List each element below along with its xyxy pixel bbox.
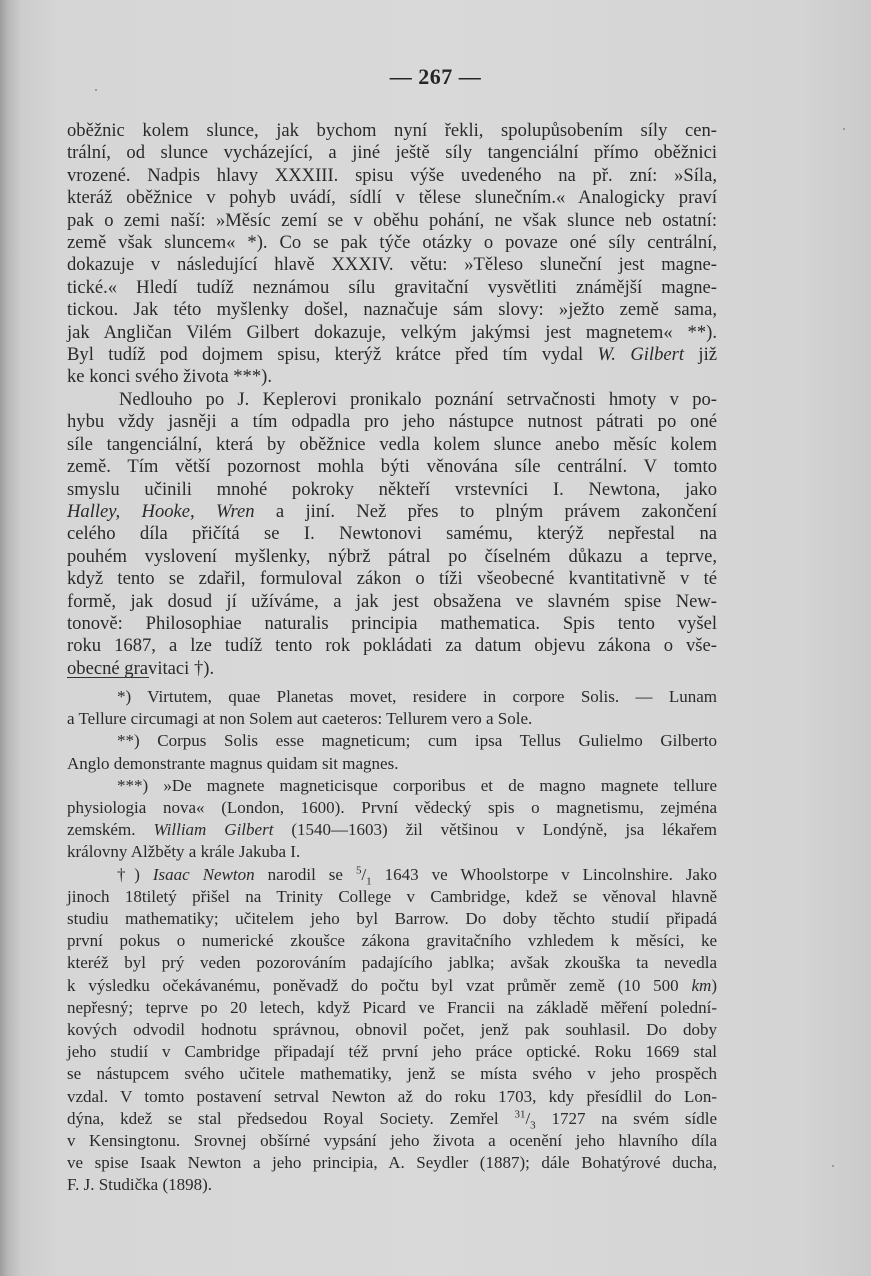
paper-speck <box>843 128 845 130</box>
footnote-line: ve spise Isaak Newton a jeho principia, … <box>67 1152 717 1174</box>
text-line: trální, od slunce vycházející, a jiné je… <box>67 142 717 164</box>
footnote-line: kteréž byl prý veden pozorováním padajíc… <box>67 952 717 974</box>
text-run: †) <box>117 865 153 884</box>
text-run: dýna, kdež se stal předsedou Royal Socie… <box>67 1109 514 1128</box>
italic-name: W. Gilbert <box>598 344 685 365</box>
text-run: zemském. <box>67 820 153 839</box>
text-line: Nedlouho po J. Keplerovi pronikalo pozná… <box>67 389 717 411</box>
text-line: země. Tím větší pozornost mohla býti věn… <box>67 456 717 478</box>
footnote-line: první pokus o numerické zkoušce zákona g… <box>67 930 717 952</box>
footnote-line: nepřesný; teprve po 20 letech, když Pica… <box>67 997 717 1019</box>
paper-speck <box>832 1165 834 1167</box>
footnote-line: dýna, kdež se stal předsedou Royal Socie… <box>67 1108 717 1130</box>
footnote-separator <box>67 677 149 678</box>
text-run: ) <box>711 976 717 995</box>
footnote-line: a Tellure circumagi at non Solem aut cae… <box>67 708 717 730</box>
footnote-line: kových odvodil hodnotu správnou, obnovil… <box>67 1019 717 1041</box>
text-line: obecné gravitaci †). <box>67 658 717 680</box>
text-line: jak Angličan Vilém Gilbert dokazuje, vel… <box>67 322 717 344</box>
text-line: tickou. Jak této myšlenky došel, naznaču… <box>67 299 717 321</box>
text-run: již <box>684 344 717 365</box>
text-line: pak o zemi naší: »Měsíc zemí se v oběhu … <box>67 210 717 232</box>
footnote-line: ***) »De magnete magneticisque corporibu… <box>67 775 717 797</box>
text-line: když tento se zdařil, formuloval zákon o… <box>67 568 717 590</box>
text-line: tické.« Hledí tudíž neznámou sílu gravit… <box>67 277 717 299</box>
footnote-line: †) Isaac Newton narodil se 5/1 1643 ve W… <box>67 864 717 886</box>
text-line: ke konci svého života ***). <box>67 366 717 388</box>
text-line: kteráž oběžnice v pohyb uvádí, sídlí v t… <box>67 187 717 209</box>
text-line: oběžnic kolem slunce, jak bychom nyní ře… <box>67 120 717 142</box>
date-fraction-numerator: 5 <box>356 864 362 876</box>
text-run: 1643 ve Whoolstorpe v Lincolnshire. Jako <box>372 865 717 884</box>
footnote-line: v Kensingtonu. Srovnej obšírné vypsání j… <box>67 1130 717 1152</box>
text-line: vrozené. Nadpis hlavy XXXIII. spisu výše… <box>67 165 717 187</box>
text-line: země však sluncem« *). Co se pak týče ot… <box>67 232 717 254</box>
text-line: smyslu učinili mnohé pokroky někteří vrs… <box>67 479 717 501</box>
footnote-line: studiu mathematiky; učitelem jeho byl Ba… <box>67 908 717 930</box>
footnote-line: se nástupcem svého učitele mathematiky, … <box>67 1063 717 1085</box>
footnote-line: *) Virtutem, quae Planetas movet, reside… <box>67 686 717 708</box>
page-number: — 267 — <box>0 64 871 90</box>
main-text: oběžnic kolem slunce, jak bychom nyní ře… <box>67 120 717 680</box>
text-line: tonově: Philosophiae naturalis principia… <box>67 613 717 635</box>
text-run: a jiní. Než přes to plným právem zakonče… <box>255 501 717 522</box>
footnote-line: jinoch 18tiletý přišel na Trinity Colleg… <box>67 886 717 908</box>
text-line: formě, jak dosud jí užíváme, a jak jest … <box>67 591 717 613</box>
italic-names: Halley, Hooke, Wren <box>67 501 255 522</box>
text-run: narodil se <box>255 865 356 884</box>
italic-unit: km <box>692 976 712 995</box>
text-run: Byl tudíž pod dojmem spisu, kterýž krátc… <box>67 344 598 365</box>
text-line: Halley, Hooke, Wren a jiní. Než přes to … <box>67 501 717 523</box>
text-line: celého díla přičítá se I. Newtonovi samé… <box>67 523 717 545</box>
text-run: k výsledku očekávanému, poněvadž do počt… <box>67 976 692 995</box>
footnote-line: k výsledku očekávanému, poněvadž do počt… <box>67 975 717 997</box>
date-fraction-numerator: 31 <box>514 1108 525 1120</box>
italic-name: William Gilbert <box>153 820 273 839</box>
footnote-line: Anglo demonstrante magnus quidam sit mag… <box>67 753 717 775</box>
footnote-line: **) Corpus Solis esse magneticum; cum ip… <box>67 730 717 752</box>
text-run: (1540—1603) žil většinou v Londýně, jsa … <box>273 820 717 839</box>
text-line: pouhém vyslovení myšlenky, nýbrž pátral … <box>67 546 717 568</box>
footnote-line: vzdal. V tomto postavení setrval Newton … <box>67 1086 717 1108</box>
text-line: Byl tudíž pod dojmem spisu, kterýž krátc… <box>67 344 717 366</box>
text-line: síle tangenciální, která by oběžnice ved… <box>67 434 717 456</box>
text-run: 1727 na svém sídle <box>536 1109 717 1128</box>
text-line: hybu vždy jasněji a tím odpadla pro jeho… <box>67 411 717 433</box>
footnotes: *) Virtutem, quae Planetas movet, reside… <box>67 686 717 1197</box>
footnote-line: jeho studií v Cambridge připadají též pr… <box>67 1041 717 1063</box>
footnote-line: zemském. William Gilbert (1540—1603) žil… <box>67 819 717 841</box>
text-line: roku 1687, a lze tudíž tento rok pokláda… <box>67 635 717 657</box>
footnote-line: královny Alžběty a krále Jakuba I. <box>67 841 717 863</box>
paper-speck <box>95 89 97 91</box>
text-line: dokazuje v následující hlavě XXXIV. větu… <box>67 254 717 276</box>
scanned-page: — 267 — oběžnic kolem slunce, jak bychom… <box>0 0 871 1276</box>
footnote-line: F. J. Studička (1898). <box>67 1174 717 1196</box>
footnote-line: physiologia nova« (London, 1600). První … <box>67 797 717 819</box>
italic-name: Isaac Newton <box>153 865 255 884</box>
